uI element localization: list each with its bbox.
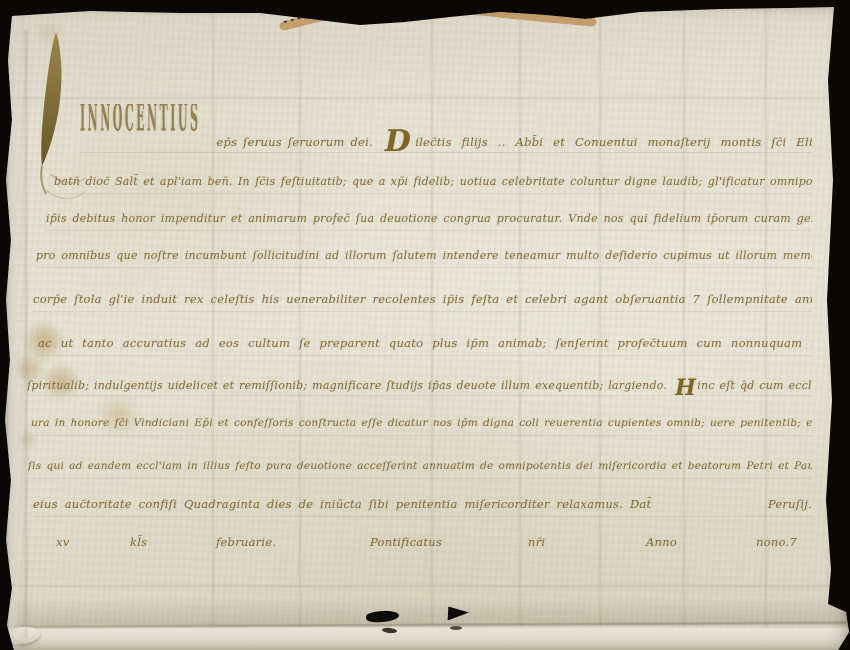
dateline-anno: Anno [646, 533, 677, 552]
dateline-pontificatus: Pontificatus [370, 533, 442, 552]
manuscript-line-4: pro omnibus que noſtre incumbunt ſollici… [36, 246, 812, 268]
parchment-sheet: Innocentius ep̄s ſeruus ſeruorum dei. D … [0, 0, 850, 650]
manuscript-line-5: corp̄e ſtola gl'ie induit rex celeſtis h… [33, 290, 812, 312]
manuscript-dateline: xv kl̄s februarie. Pontificatus nr̄i Ann… [34, 533, 812, 557]
horizontal-crease [6, 585, 840, 587]
line1-address: ep̄s ſeruus ſeruorum dei. [216, 133, 373, 152]
line7-after: inc eſt q̄d cum eccl'ia [697, 376, 812, 395]
repair-patch [564, 4, 604, 18]
curled-left-edge-highlight [8, 14, 22, 650]
decorated-capital-h: H [675, 380, 696, 396]
manuscript-line-6: ac ut tanto accuratius ad eos cultum ſe … [38, 334, 812, 356]
dateline-kalends: kl̄s [130, 533, 147, 552]
plica-fold [0, 628, 850, 650]
dateline-day: xv [56, 533, 69, 552]
manuscript-line-2: batn̄ dioc̄ Salt̄ et apl'iam ben̄. In ſc… [54, 172, 812, 194]
stitched-repair [268, 0, 608, 34]
left-edge-seam [25, 30, 27, 638]
line7-before: ſpiritualib; indulgentijs uidelicet et r… [27, 376, 667, 395]
line10-place: Peruſij. [768, 495, 812, 516]
dateline-year: nono.7 [756, 533, 797, 552]
manuscript-line-1: Innocentius ep̄s ſeruus ſeruorum dei. D … [80, 104, 812, 153]
dateline-month: februarie. [216, 533, 276, 552]
line1-continuation: ilec̄tis filijs .. Abb̄i et Conuentui mo… [415, 133, 812, 152]
seal-slit-hole [450, 626, 462, 630]
photo-stage: Innocentius ep̄s ſeruus ſeruorum dei. D … [0, 0, 850, 650]
horizontal-crease [6, 97, 840, 99]
decorated-capital-d: D [385, 130, 411, 153]
manuscript-line-9: ſis qui ad eandem eccl'iam in illius feſ… [28, 457, 812, 479]
repair-patch [376, 0, 430, 13]
seal-slit-hole [448, 606, 470, 621]
manuscript-line-8: ura in honore ſc̄i Vindiciani Ep̄i et co… [31, 414, 812, 436]
manuscript-line-3: ip̄is debitus honor impenditur et animar… [46, 209, 812, 231]
elongated-first-word: Innocentius [80, 104, 200, 151]
manuscript-line-7: ſpiritualib; indulgentijs uidelicet et r… [27, 374, 812, 396]
dateline-nostri: nr̄i [528, 533, 545, 552]
line10-main: eius auc̄toritate confiſi Quadraginta di… [33, 495, 651, 516]
manuscript-line-10: eius auc̄toritate confiſi Quadraginta di… [33, 495, 812, 517]
